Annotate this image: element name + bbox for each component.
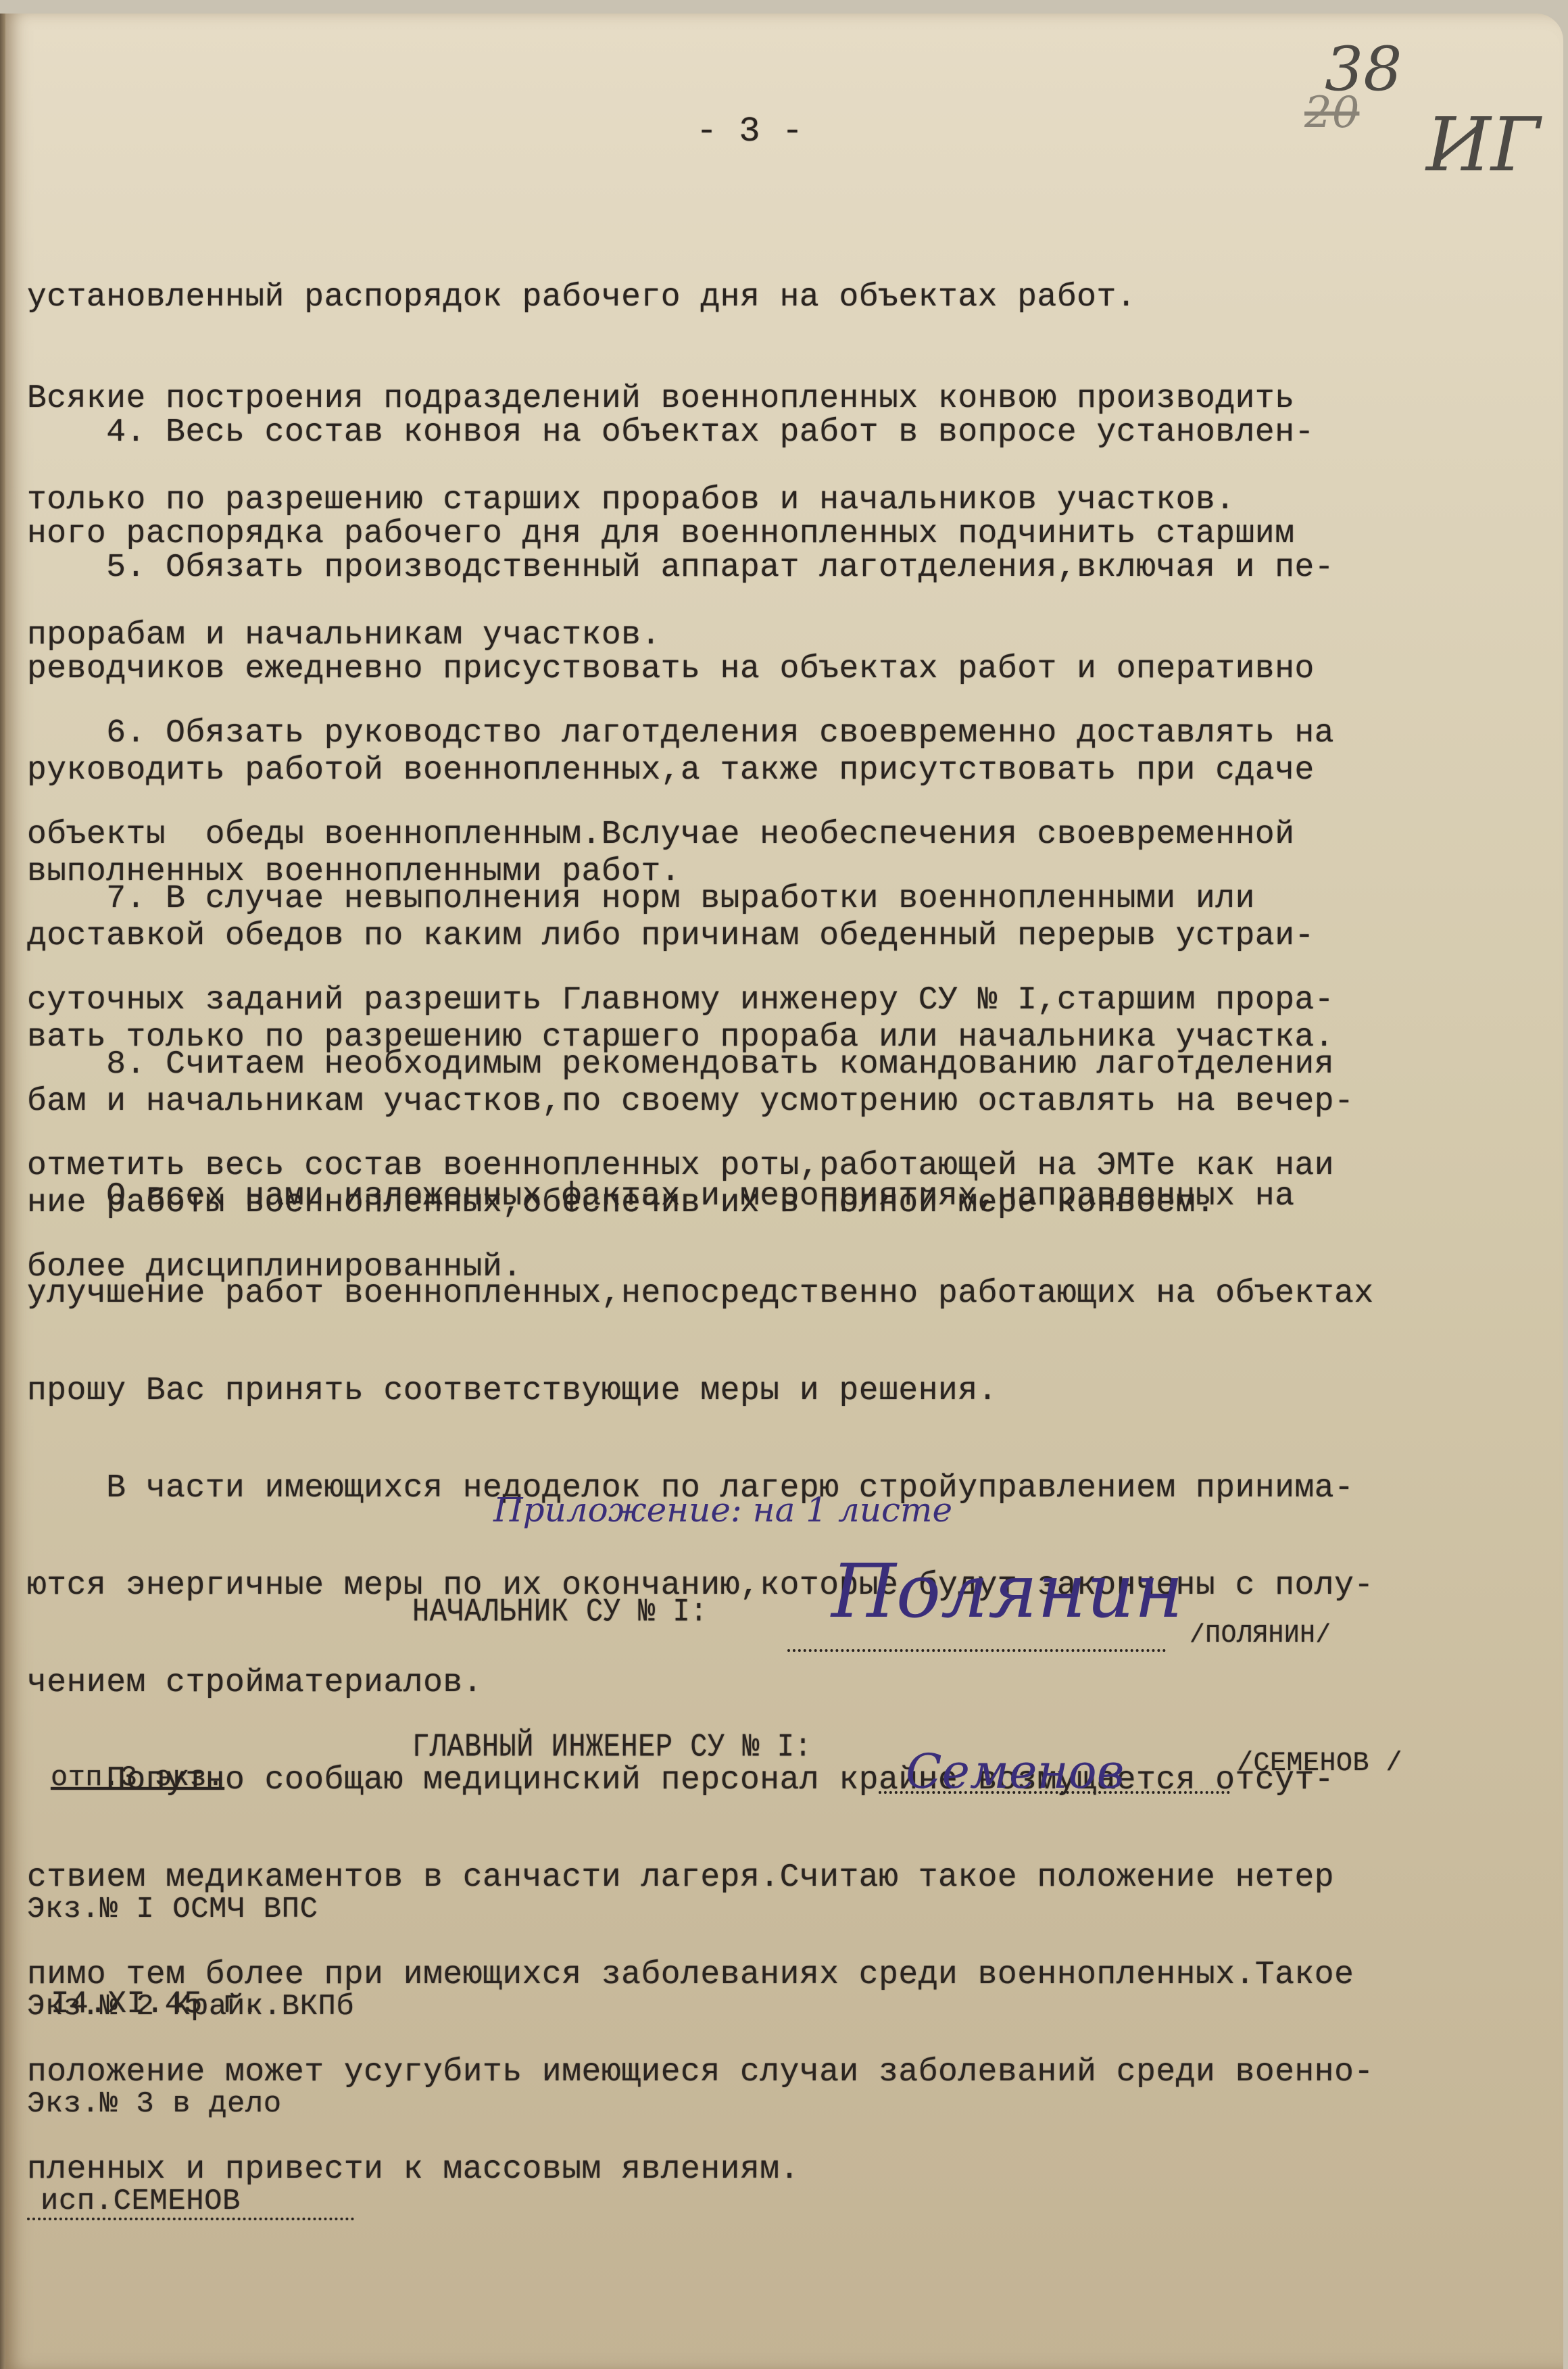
attachment-note: Приложение: на 1 листе	[493, 1490, 952, 1530]
text-line: О всех нами изложенных фактах и мероприя…	[27, 1180, 1374, 1213]
distribution-list: Экз.№ I ОСМЧ ВПС Экз.№ 2 Крайк.ВКПб Экз.…	[27, 1828, 354, 2253]
folio-crossed-out: 20	[1304, 88, 1359, 138]
copy-line: Экз.№ I ОСМЧ ВПС	[27, 1893, 354, 1926]
signature-chief-handwritten: Полянин	[831, 1548, 1183, 1634]
signature-title-chief: НАЧАЛЬНИК СУ № I:	[412, 1592, 708, 1632]
text-line: улучшение работ военнопленных,непосредст…	[27, 1277, 1374, 1310]
signature-name-engineer: /СЕМЕНОВ /	[1237, 1747, 1402, 1781]
text-line: установленный распорядок рабочего дня на…	[27, 280, 1295, 314]
copy-line: Экз.№ 3 в дело	[27, 2088, 354, 2120]
text-line: прошу Вас принять соответствующие меры и…	[27, 1375, 1374, 1407]
page-number: - 3 -	[696, 115, 804, 149]
signature-name-chief: /ПОЛЯНИН/	[1190, 1619, 1331, 1653]
text-line: 5. Обязать производственный аппарат лаго…	[27, 551, 1334, 585]
folio-initials: ИГ	[1426, 101, 1540, 188]
signature-line-chief	[787, 1649, 1166, 1652]
text-line: 7. В случае невыполнения норм выработки …	[27, 882, 1354, 916]
signature-title-engineer: ГЛАВНЫЙ ИНЖЕНЕР СУ № I:	[412, 1728, 812, 1767]
document-date: I4.XI.45 г.	[51, 1987, 260, 2021]
text-line: 6. Обязать руководство лаготделения свое…	[27, 716, 1334, 750]
text-line: чением стройматериалов.	[27, 1667, 1374, 1699]
text-line: 8. Считаем необходимым рекомендовать ком…	[27, 1048, 1334, 1081]
text-line: 4. Весь состав конвоя на объектах работ …	[27, 416, 1315, 449]
distribution-header: отп.3 экз.	[51, 1761, 224, 1794]
executor-line: исп.СЕМЕНОВ	[27, 2185, 354, 2220]
signature-line-engineer	[879, 1791, 1230, 1794]
